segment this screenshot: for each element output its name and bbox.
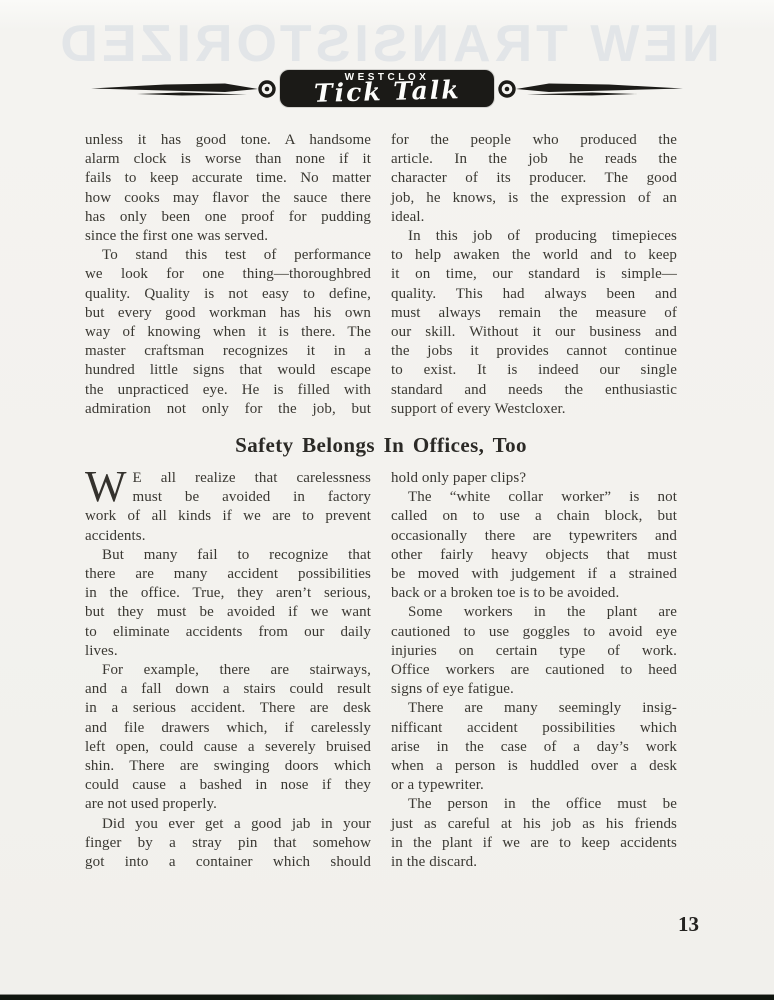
text-line: ideal. <box>391 208 677 227</box>
text-line: how cooks may flavor the sauce there <box>85 189 371 208</box>
article-quality: unless it has good tone. A handsomealarm… <box>85 131 677 419</box>
text-line: shin. There are swinging doors which <box>85 757 371 776</box>
text-line: be moved with judgement if a strained <box>391 565 677 584</box>
text-line: injuries on certain type of work. <box>391 642 677 661</box>
text-line: in the office. True, they aren’t serious… <box>85 584 371 603</box>
text-line: to exist. It is indeed our single <box>391 361 677 380</box>
text-line: occasionally there are typewriters and <box>391 527 677 546</box>
text-line: got into a container which should <box>85 853 371 872</box>
page-edge-strip <box>0 994 774 1000</box>
text-line: just as careful at his job as his friend… <box>391 815 677 834</box>
text-line: cautioned to use goggles to avoid eye <box>391 623 677 642</box>
text-line: way of knowing when it is there. The <box>85 323 371 342</box>
text-line: master craftsman recognizes it in a <box>85 342 371 361</box>
page-number: 13 <box>678 912 699 937</box>
clock-hand-ornament-left <box>91 68 277 108</box>
article-safety-right-column: hold only paper clips?The “white collar … <box>391 469 677 872</box>
text-line: it on time, our standard is simple— <box>391 265 677 284</box>
text-line: There are many seemingly insig- <box>391 699 677 718</box>
text-line: but every good workman has his own <box>85 304 371 323</box>
text-line: the jobs it provides cannot continue <box>391 342 677 361</box>
masthead-banner: WESTCLOX Tick Talk <box>280 70 494 107</box>
text-line: fails to keep accurate time. No matter <box>85 169 371 188</box>
text-line: to eliminate accidents from our daily <box>85 623 371 642</box>
article-safety-left-column: W E all realize that carelessnessmust be… <box>85 469 371 872</box>
article-safety: W E all realize that carelessnessmust be… <box>85 469 677 872</box>
text-line: Did you ever get a good jab in your <box>85 815 371 834</box>
text-line: Office workers are cautioned to heed <box>391 661 677 680</box>
text-line: In this job of producing timepieces <box>391 227 677 246</box>
publication-title: Tick Talk <box>313 78 460 106</box>
text-line: in the discard. <box>391 853 677 872</box>
text-line: in the plant if we are to keep accidents <box>391 834 677 853</box>
text-line: for the people who produced the <box>391 131 677 150</box>
clock-hand-ornament-right <box>497 68 683 108</box>
text-line: work of all kinds if we are to prevent <box>85 507 371 526</box>
text-line: are not used properly. <box>85 795 371 814</box>
masthead: WESTCLOX Tick Talk <box>0 62 774 114</box>
text-line: support of every Westcloxer. <box>391 400 677 419</box>
text-line: finger by a stray pin that somehow <box>85 834 371 853</box>
text-line: lives. <box>85 642 371 661</box>
text-line: accidents. <box>85 527 371 546</box>
article-quality-right-column: for the people who produced thearticle. … <box>391 131 677 419</box>
text-line: alarm clock is worse than none if it <box>85 150 371 169</box>
text-line: admiration not only for the job, but <box>85 400 371 419</box>
text-line: For example, there are stairways, <box>85 661 371 680</box>
text-line: hold only paper clips? <box>391 469 677 488</box>
text-line: job, he knows, is the expression of an <box>391 189 677 208</box>
article-safety-heading: Safety Belongs In Offices, Too <box>85 433 677 458</box>
text-line: hundred little signs that would escape <box>85 361 371 380</box>
text-line: since the first one was served. <box>85 227 371 246</box>
text-line: But many fail to recognize that <box>85 546 371 565</box>
text-line: signs of eye fatigue. <box>391 680 677 699</box>
text-line: nifficant accident possibilities which <box>391 719 677 738</box>
drop-cap: W <box>85 469 133 507</box>
text-line: could cause a bashed in nose if they <box>85 776 371 795</box>
text-line: and a fall down a stairs could result <box>85 680 371 699</box>
text-line: unless it has good tone. A handsome <box>85 131 371 150</box>
text-line: the unpracticed eye. He is filled with <box>85 381 371 400</box>
text-line: in a serious accident. There are desk <box>85 699 371 718</box>
article-quality-left-column: unless it has good tone. A handsomealarm… <box>85 131 371 419</box>
text-line: must always remain the measure of <box>391 304 677 323</box>
text-line: To stand this test of performance <box>85 246 371 265</box>
text-line: article. In the job he reads the <box>391 150 677 169</box>
text-line: to help awaken the world and to keep <box>391 246 677 265</box>
text-line: when a person is huddled over a desk <box>391 757 677 776</box>
text-line: character of its producer. The good <box>391 169 677 188</box>
text-line: back or a broken toe is to be avoided. <box>391 584 677 603</box>
text-line: our skill. Without it our business and <box>391 323 677 342</box>
text-line: or a typewriter. <box>391 776 677 795</box>
newsletter-page: NEW TRANSISTORIZED WESTCLOX Tick Talk un… <box>0 0 774 1000</box>
text-line: quality. This had always been and <box>391 285 677 304</box>
text-line: The person in the office must be <box>391 795 677 814</box>
text-line: arise in the case of a day’s work <box>391 738 677 757</box>
text-line: has only been one proof for pudding <box>85 208 371 227</box>
text-line: and file drawers which, if carelessly <box>85 719 371 738</box>
text-line: left open, could cause a severely bruise… <box>85 738 371 757</box>
text-line: but they must be avoided if we want <box>85 603 371 622</box>
text-line: other fairly heavy objects that must <box>391 546 677 565</box>
text-line: quality. Quality is not easy to define, <box>85 285 371 304</box>
text-line: called on to use a chain block, but <box>391 507 677 526</box>
text-line: we look for one thing—thoroughbred <box>85 265 371 284</box>
text-line: there are many accident possibilities <box>85 565 371 584</box>
text-line: Some workers in the plant are <box>391 603 677 622</box>
text-line: standard and needs the enthusiastic <box>391 381 677 400</box>
text-line: The “white collar worker” is not <box>391 488 677 507</box>
